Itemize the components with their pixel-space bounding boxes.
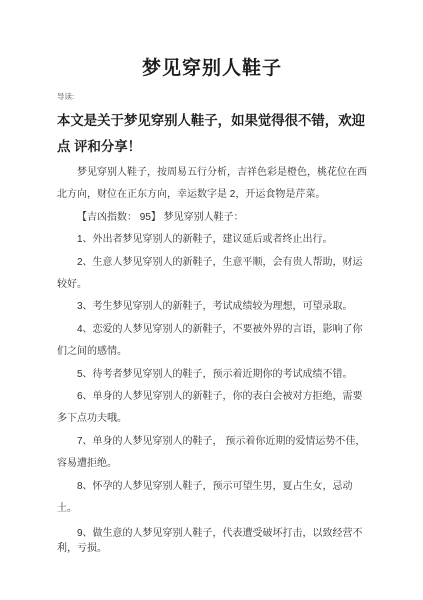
body-paragraph: 8、怀孕的人梦见穿别人鞋子，预示可望生男，夏占生女，忌动土。	[57, 476, 367, 521]
document-page: 梦见穿别人鞋子 导读: 本文是关于梦见穿别人鞋子，如果觉得很不错，欢迎点 评和分…	[0, 0, 423, 600]
lead-label: 导读:	[57, 92, 367, 102]
body-paragraph: 【吉凶指数： 95】 梦见穿别人鞋子：	[57, 207, 367, 229]
document-body: 梦见穿别人鞋子，按周易五行分析，吉祥色彩是橙色，桃花位在西北方向，财位在正东方向…	[57, 162, 367, 556]
body-paragraph: 2、生意人梦见穿别人的新鞋子，生意平顺，会有贵人帮助，财运较好。	[57, 252, 367, 297]
body-paragraph: 1、外出者梦见穿别人的新鞋子，建议延后或者终止出行。	[57, 229, 367, 251]
body-paragraph: 4、恋爱的人梦见穿别人的新鞋子，不要被外界的言语，影响了你们之间的感情。	[57, 319, 367, 364]
body-paragraph: 9、做生意的人梦见穿别人鞋子，代表遭受破坏打击，以致经营不利，亏损。	[57, 526, 367, 556]
body-paragraph: 3、考生梦见穿别人的新鞋子，考试成绩较为理想，可望录取。	[57, 296, 367, 318]
intro-paragraph: 本文是关于梦见穿别人鞋子，如果觉得很不错，欢迎点 评和分享！	[57, 108, 367, 160]
document-content: 梦见穿别人鞋子 导读: 本文是关于梦见穿别人鞋子，如果觉得很不错，欢迎点 评和分…	[57, 54, 367, 556]
page-title: 梦见穿别人鞋子	[57, 54, 367, 84]
body-paragraph: 7、单身的人梦见穿别人的鞋子， 预示着你近期的爱情运势不佳，容易遭拒绝。	[57, 431, 367, 476]
body-paragraph: 6、单身的人梦见穿别人的新鞋子，你的表白会被对方拒绝，需要多下点功夫哦。	[57, 386, 367, 431]
body-paragraph: 梦见穿别人鞋子，按周易五行分析，吉祥色彩是橙色，桃花位在西北方向，财位在正东方向…	[57, 162, 367, 207]
body-paragraph: 5、待考者梦见穿别人的鞋子，预示着近期你的考试成绩不错。	[57, 364, 367, 386]
